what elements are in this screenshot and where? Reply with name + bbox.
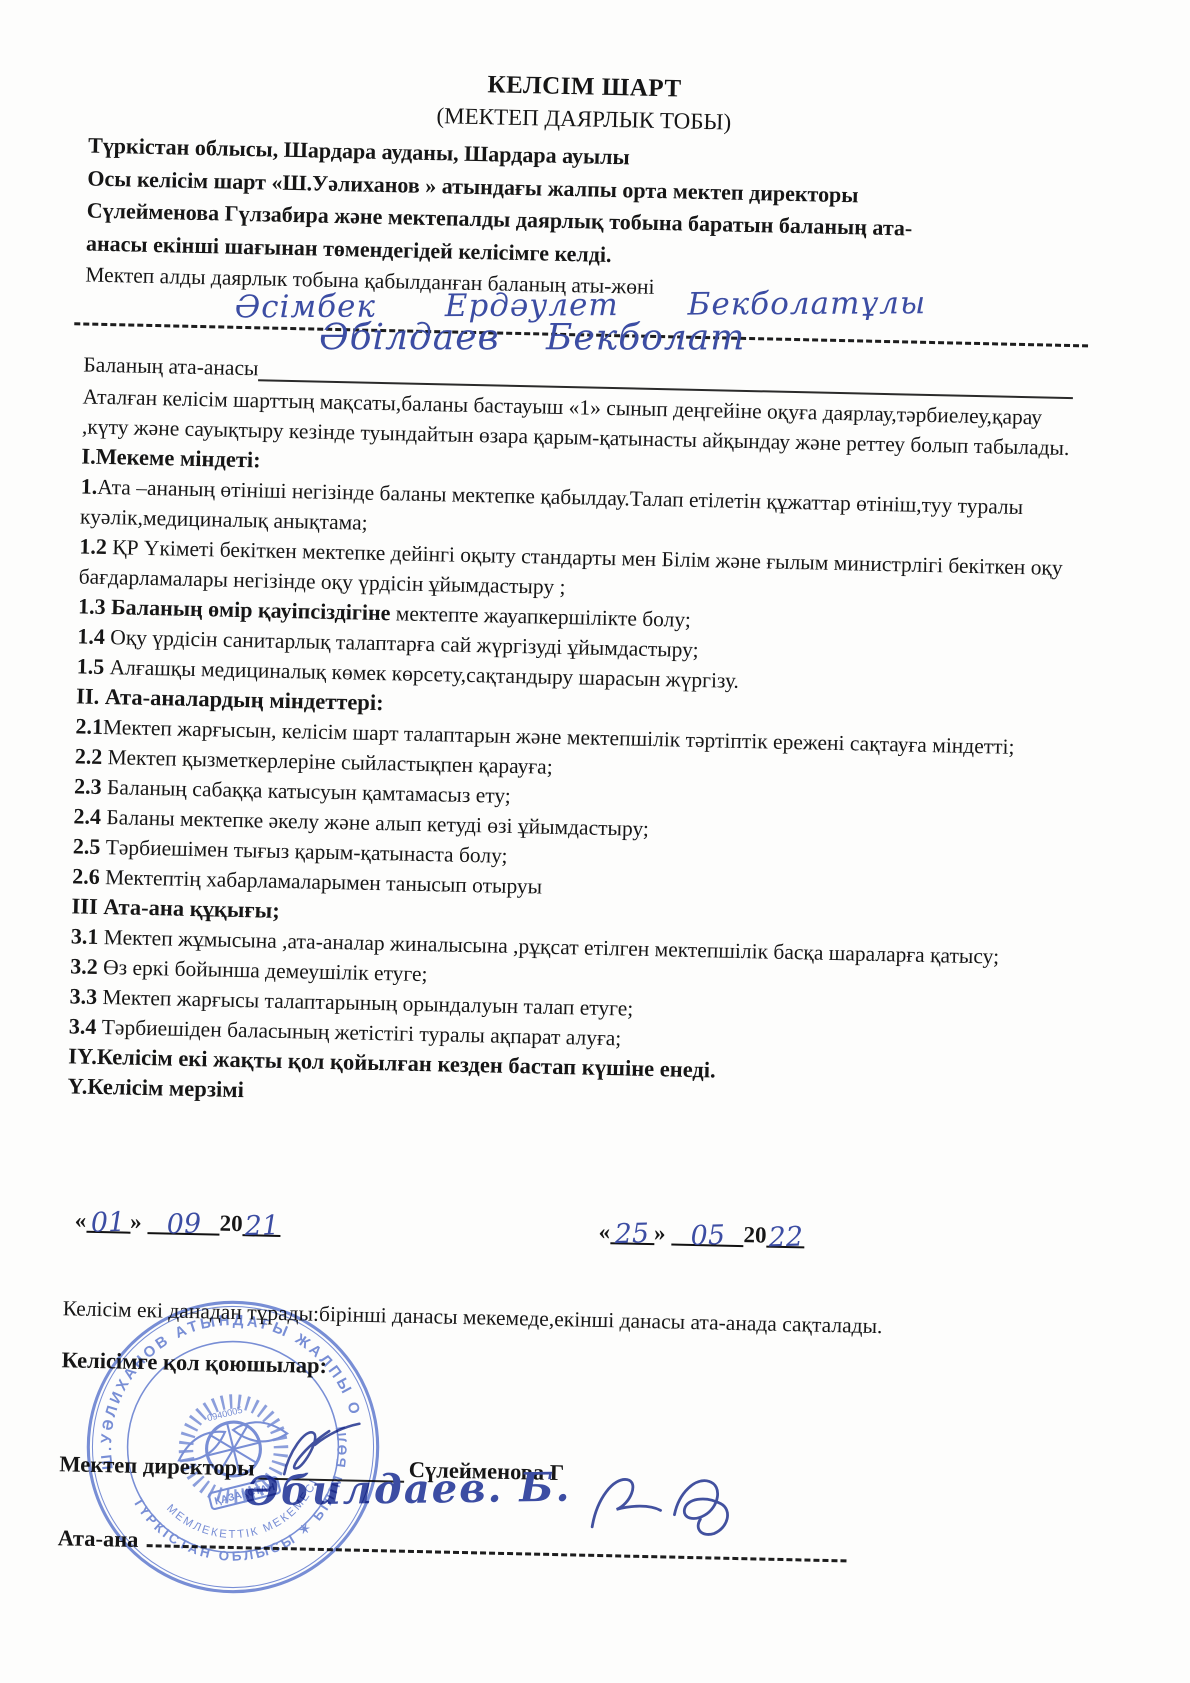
- item-number: 2.1: [75, 713, 103, 739]
- director-label: Мектеп директоры: [59, 1449, 255, 1483]
- date-end-century: 20: [743, 1222, 767, 1247]
- date-end-month-handwriting: 05: [690, 1226, 725, 1247]
- signers-heading-text: Келісімге қол қоюшылар:: [61, 1347, 327, 1378]
- item-number: 1.2: [79, 533, 107, 559]
- item-number: 2.4: [73, 803, 101, 829]
- quote-open: «: [598, 1219, 610, 1244]
- item-number: 2.5: [73, 833, 101, 859]
- item-number: 1.: [80, 473, 97, 498]
- quote-open: «: [74, 1208, 86, 1233]
- date-start-year-handwriting: 21: [244, 1216, 279, 1237]
- date-start: «01»092021: [74, 1206, 281, 1240]
- parent-sign-label: Ата-ана: [57, 1523, 138, 1555]
- date-end-year-handwriting: 22: [768, 1227, 803, 1248]
- item-number: 1.5: [77, 653, 105, 679]
- item-number: 3.4: [69, 1013, 97, 1039]
- intro-paragraph: Түркістан облысы, Шардара ауданы, Шардар…: [86, 130, 1079, 282]
- quote-close: »: [130, 1209, 142, 1234]
- parent-name-label: Баланың ата-анасы: [83, 349, 259, 385]
- parent-signature-flourish-icon: [578, 1468, 770, 1550]
- date-start-month-handwriting: 09: [166, 1214, 201, 1235]
- item-number: 3.1: [71, 923, 99, 949]
- date-start-century: 20: [219, 1211, 243, 1236]
- date-end-day-handwriting: 25: [615, 1224, 650, 1245]
- closing-line: Келісім екі данадан тұрады:бірінші данас…: [62, 1293, 1052, 1345]
- contract-body: КЕЛСІМ ШАРТ (МЕКТЕП ДАЯРЛЫК ТОБЫ) Түркіс…: [57, 62, 1079, 1575]
- item-number: 3.3: [69, 983, 97, 1009]
- signers-heading: Келісімге қол қоюшылар:: [61, 1345, 1051, 1397]
- parent-signature-handwriting: Әбилдаев. Б.: [244, 1472, 572, 1506]
- item-number: 2.6: [72, 863, 100, 889]
- item-number: 2.2: [75, 743, 103, 769]
- item-bold-text: Баланың өмір қауіпсіздігіне: [105, 594, 390, 625]
- date-start-day-handwriting: 01: [91, 1213, 126, 1234]
- item-number: 1.3: [78, 593, 106, 619]
- parent-name-handwriting: Әбілдаев Бекболат: [319, 323, 745, 353]
- scanned-contract-page: { "doc": { "title": "КЕЛСІМ ШАРТ", "subt…: [0, 0, 1190, 1683]
- item-text: Өз еркі бойынша демеушілік етуге;: [97, 955, 427, 986]
- item-number: 1.4: [77, 623, 105, 649]
- dates-row: «01»092021 «25»052022: [74, 1206, 1054, 1257]
- item-number: 2.3: [74, 773, 102, 799]
- date-end: «25»052022: [598, 1217, 805, 1251]
- quote-close: »: [654, 1220, 666, 1245]
- item-number: 3.2: [70, 953, 98, 979]
- item-text: мектепте жауапкершілікте болу;: [390, 601, 691, 632]
